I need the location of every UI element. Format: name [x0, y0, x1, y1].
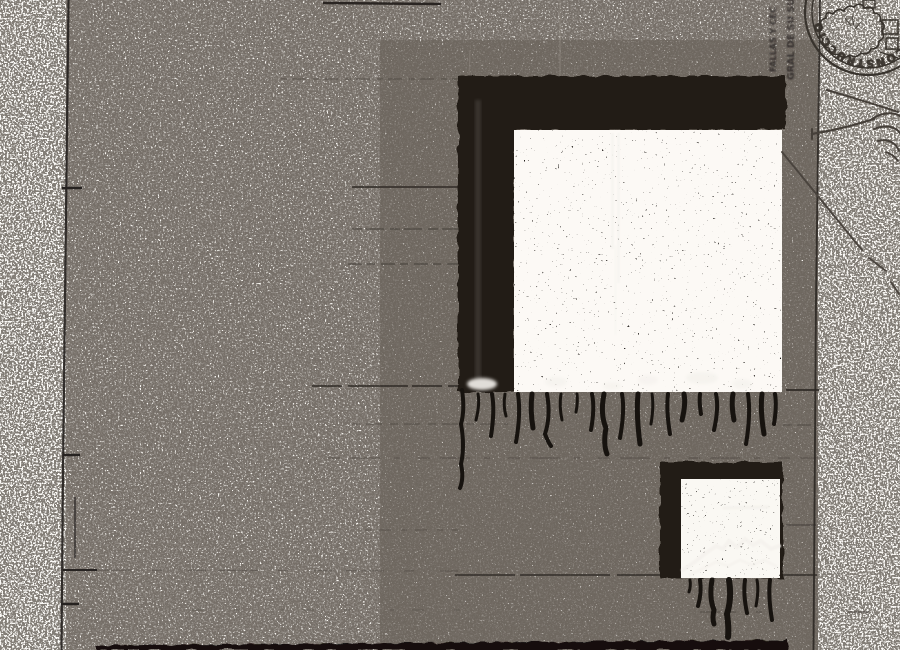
scanned-page: CONSTRUCCION GRAL DE SU SUELO FALLAS Y C… — [0, 0, 900, 650]
margin-text-line1: GRAL DE SU SUELO — [786, 0, 797, 80]
small-photo — [681, 479, 780, 578]
scan-canvas: CONSTRUCCION GRAL DE SU SUELO FALLAS Y C… — [0, 0, 900, 650]
large-photo — [467, 130, 782, 392]
margin-text-line2: FALLAS Y CEC — [769, 7, 779, 72]
